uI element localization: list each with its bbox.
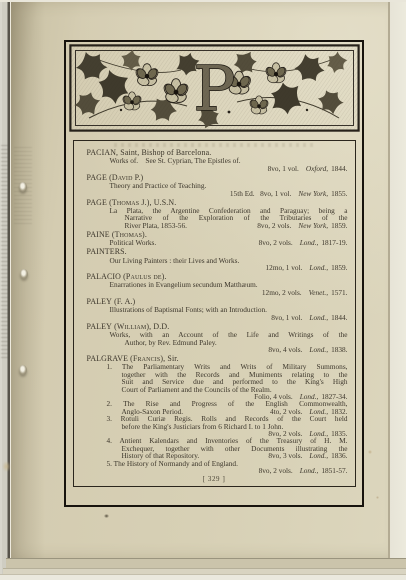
binding-stitch	[20, 269, 28, 279]
imprint-year: 1844.	[331, 313, 347, 322]
imprint: 8vo, 4 vols.Lond.,1838.	[268, 345, 347, 354]
scanned-book-page: P PACIAN, Saint, Bishop of Barcelona.Wor…	[0, 0, 406, 580]
work-line: Political Works.8vo, 2 vols.Lond.,1817-1…	[74, 239, 355, 246]
work-title-text: Court of Parliament and the Councils of …	[122, 385, 272, 394]
imprint-format: 8vo, 1 vol.	[271, 313, 302, 322]
imprint: 12mo, 1 vol.Lond.,1859.	[266, 263, 348, 272]
page-number: [ 329 ]	[74, 475, 355, 483]
imprint-format: 8vo, 1 vol.	[268, 164, 299, 173]
work-title-text: Theory and Practice of Teaching.	[110, 181, 207, 190]
imprint-format: 8vo, 3 vols.	[268, 451, 302, 460]
imprint-format: 8vo, 2 vols.	[259, 466, 293, 475]
catalogue-entry: PALEY (William), D.D.Works, with an Acco…	[74, 323, 355, 354]
imprint: 8vo, 2 vols.New York,1859.	[257, 222, 347, 229]
work-number: 5.	[107, 459, 114, 468]
work-title-text: Author, by Rev. Edmund Paley.	[125, 338, 217, 347]
imprint-year: 1836.	[331, 451, 347, 460]
catalogue-entry: PALGRAVE (Francis), Sir.1. The Parliamen…	[74, 355, 355, 475]
work-title-text: before the King's Justiciars from 6 Rich…	[122, 422, 284, 431]
paper-sheet: P PACIAN, Saint, Bishop of Barcelona.Wor…	[11, 2, 399, 558]
headword-surname: PAGE	[87, 173, 107, 182]
imprint-line: 15th Ed. 8vo, 1 vol.New York,1855.	[74, 190, 355, 197]
spine-shadow	[11, 2, 45, 558]
binding-stitch	[19, 182, 27, 192]
show-through-text	[1, 145, 8, 360]
imprint-line: 8vo, 4 vols.Lond.,1838.	[74, 346, 355, 353]
imprint-year: 1817-19.	[321, 238, 347, 247]
work-title-text: Enarrationes in Evangelium secundum Matt…	[110, 280, 258, 289]
imprint-line: 8vo, 1 vol.Lond.,1844.	[74, 314, 355, 321]
page-edge-right	[388, 0, 406, 574]
work-title-text: Political Works.	[110, 239, 157, 246]
work-number: 4.	[107, 436, 120, 445]
imprint-line: 12mo, 1 vol.Lond.,1859.	[74, 264, 355, 271]
imprint-place: New York,	[298, 221, 328, 230]
imprint-place: Lond.,	[309, 451, 328, 460]
work-title-text: Works of. See St. Cyprian, The Epistles …	[110, 156, 241, 165]
imprint-place: Oxford,	[306, 164, 328, 173]
imprint-year: 1851-57.	[321, 466, 347, 475]
imprint-year: 1838.	[331, 345, 347, 354]
show-through-line	[114, 143, 315, 147]
decorative-initial-banner: P	[69, 44, 360, 132]
work-title-text: Our Living Painters : their Lives and Wo…	[110, 256, 240, 265]
imprint-line: 12mo, 2 vols.Venet.,1571.	[74, 289, 355, 296]
foxing-stain	[368, 450, 372, 454]
imprint-year: 1859.	[331, 221, 347, 230]
imprint-format: 12mo, 2 vols.	[262, 288, 302, 297]
imprint-place: New York,	[298, 189, 328, 198]
headword-surname: PAGE	[87, 198, 107, 207]
catalogue-entry: PALACIO (Paulus de).Enarrationes in Evan…	[74, 273, 355, 296]
imprint-year: 1571.	[331, 288, 347, 297]
printed-border-frame: P PACIAN, Saint, Bishop of Barcelona.Wor…	[64, 40, 364, 507]
catalogue-entry: PAINE (Thomas).Political Works.8vo, 2 vo…	[74, 231, 355, 247]
imprint-format: 8vo, 2 vols.	[259, 238, 293, 247]
page-edge-bottom	[0, 574, 406, 580]
catalogue-entry: PAINTERS.Our Living Painters : their Liv…	[74, 248, 355, 271]
imprint-format: 12mo, 1 vol.	[266, 263, 303, 272]
foxing-stain	[338, 64, 341, 67]
ink-speck	[104, 514, 109, 518]
imprint: 12mo, 2 vols.Venet.,1571.	[262, 288, 348, 297]
imprint: 8vo, 3 vols.Lond.,1836.	[268, 452, 347, 459]
imprint-place: Lond.,	[309, 313, 328, 322]
imprint-year: 1855.	[331, 189, 347, 198]
imprint-format: 8vo, 4 vols.	[268, 345, 302, 354]
imprint-line: 8vo, 2 vols.Lond.,1851-57.	[74, 467, 355, 474]
imprint-place: Venet.,	[309, 288, 328, 297]
binding-stitch	[19, 365, 27, 375]
catalogue-entry: PALEY (F. A.)Illustrations of Baptismal …	[74, 298, 355, 321]
entries: PACIAN, Saint, Bishop of Barcelona.Works…	[74, 149, 355, 474]
foxing-stain	[2, 461, 11, 472]
headword-surname: PALEY	[87, 322, 112, 331]
foxing-stain	[376, 496, 379, 499]
work-line: River Plata, 1853-56.8vo, 2 vols.New Yor…	[74, 222, 355, 229]
imprint-format: 15th Ed. 8vo, 1 vol.	[230, 189, 291, 198]
imprint-place: Lond.,	[300, 466, 319, 475]
work-title-text: Illustrations of Baptismal Fonts; with a…	[110, 305, 267, 314]
work-number: 3.	[107, 414, 121, 423]
catalogue-entry: PAGE (Thomas J.), U.S.N.La Plata, the Ar…	[74, 199, 355, 230]
headword-surname: PAINE	[87, 230, 110, 239]
imprint-format: 8vo, 2 vols.	[257, 221, 291, 230]
engraving-hatch-texture	[71, 47, 357, 130]
headword-surname: PALEY	[87, 297, 112, 306]
work-title-text: River Plata, 1853-56.	[125, 222, 187, 229]
imprint-place: Lond.,	[309, 345, 328, 354]
imprint: 15th Ed. 8vo, 1 vol.New York,1855.	[230, 189, 348, 198]
work-title-text: The History of Normandy and of England.	[114, 459, 238, 468]
imprint-place: Lond.,	[300, 238, 319, 247]
text-panel: PACIAN, Saint, Bishop of Barcelona.Works…	[73, 140, 356, 487]
imprint-year: 1859.	[331, 263, 347, 272]
imprint: 8vo, 2 vols.Lond.,1817-19.	[259, 239, 348, 246]
page-edge-top	[0, 0, 406, 2]
imprint-place: Lond.,	[309, 263, 328, 272]
work-number: 1.	[107, 362, 122, 371]
imprint: 8vo, 1 vol.Lond.,1844.	[271, 313, 347, 322]
imprint-line: 8vo, 1 vol.Oxford,1844.	[74, 165, 355, 172]
catalogue-entry: PACIAN, Saint, Bishop of Barcelona.Works…	[74, 149, 355, 172]
catalogue-entry: PAGE (David P.)Theory and Practice of Te…	[74, 174, 355, 197]
imprint-year: 1844.	[331, 164, 347, 173]
imprint: 8vo, 1 vol.Oxford,1844.	[268, 164, 348, 173]
imprint: 8vo, 2 vols.Lond.,1851-57.	[259, 466, 348, 475]
